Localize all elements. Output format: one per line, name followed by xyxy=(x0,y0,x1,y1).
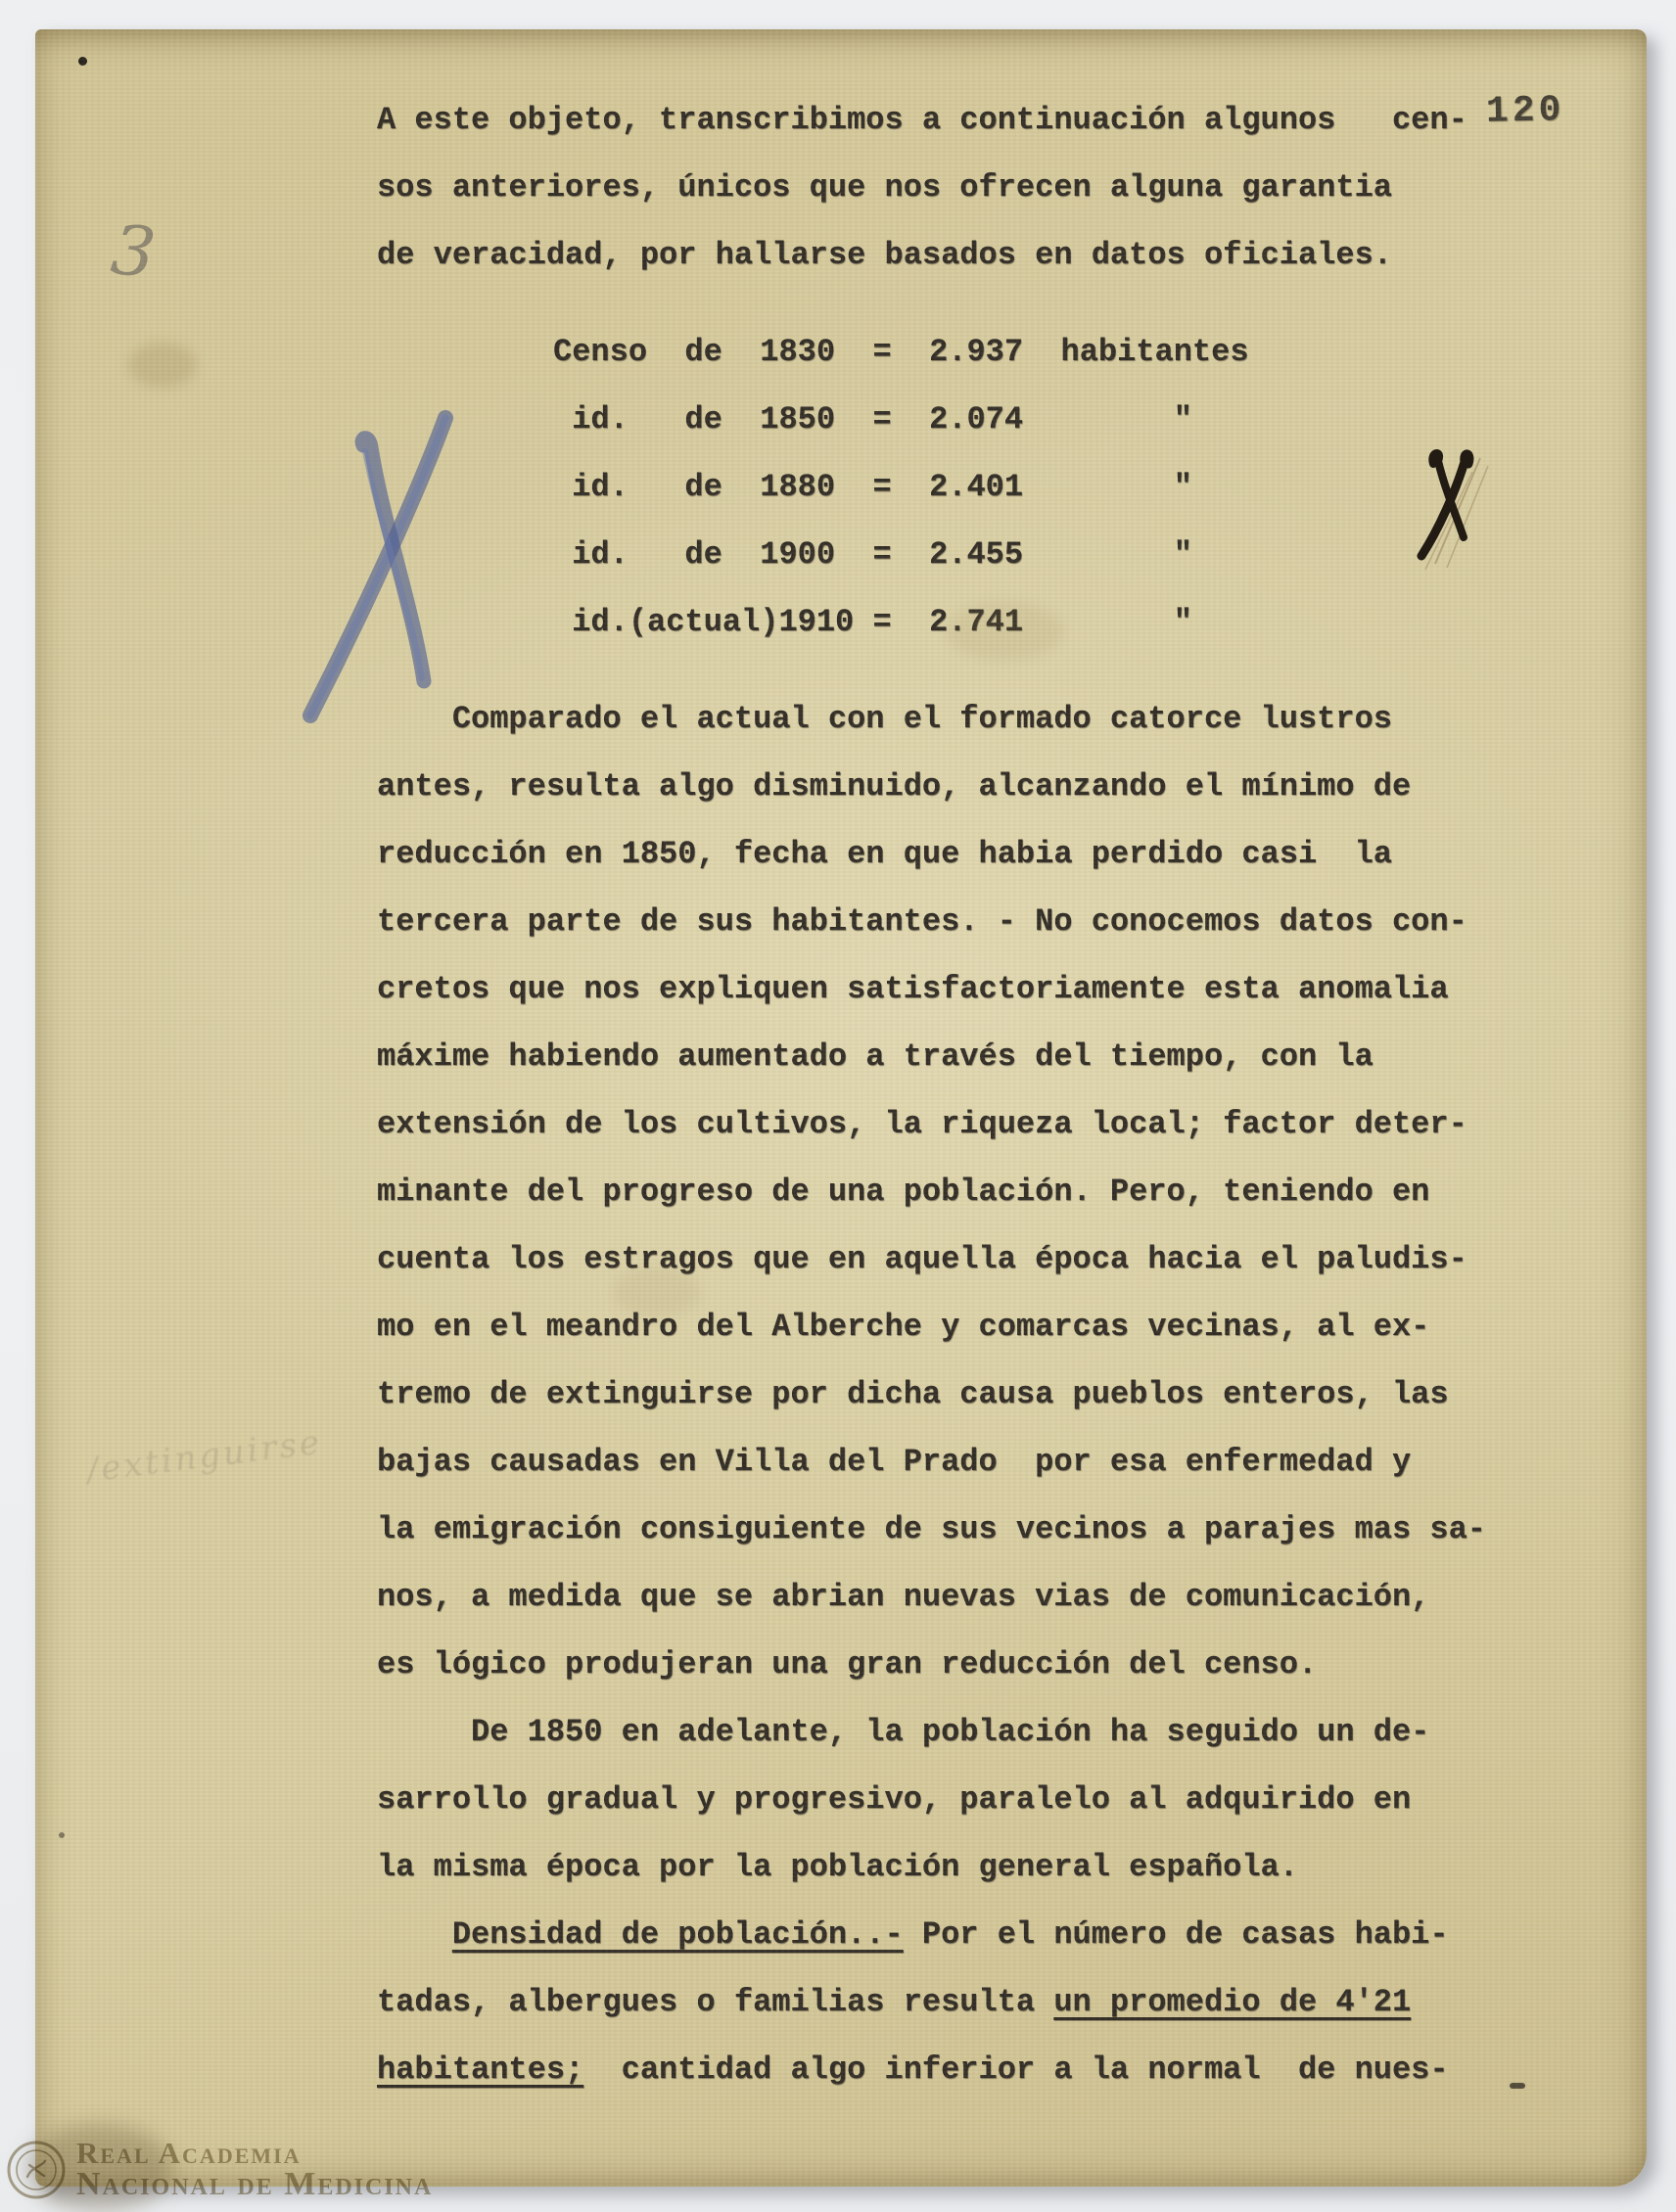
text-line: A este objeto, transcribimos a continuac… xyxy=(377,86,1532,154)
watermark-line-2: Nacional de Medicina xyxy=(76,2169,433,2200)
margin-pencil-numeral: 3 xyxy=(108,209,160,294)
text-line: tadas, albergues o familias resulta un p… xyxy=(377,1968,1532,2036)
text-line: antes, resulta algo disminuido, alcanzan… xyxy=(377,753,1532,820)
census-table: Censo de 1830 = 2.937 habitantes id. de … xyxy=(553,318,1532,656)
paper-stain xyxy=(128,343,197,388)
underlined-text: habitantes; xyxy=(377,2051,583,2088)
paragraph-growth: De 1850 en adelante, la población ha seg… xyxy=(377,1698,1532,1901)
document-page: 120 3 A este objeto, transcribimos a con… xyxy=(35,29,1647,2187)
ink-speck xyxy=(78,57,87,66)
text-line: de veracidad, por hallarse basados en da… xyxy=(377,221,1532,289)
text-line: bajas causadas en Villa del Prado por es… xyxy=(377,1428,1532,1496)
paragraph-intro: A este objeto, transcribimos a continuac… xyxy=(377,86,1532,289)
underlined-text: un promedio de 4'21 xyxy=(1053,1984,1411,2020)
paragraph-density: Densidad de población..- Por el número d… xyxy=(377,1901,1532,2103)
scan-background: 120 3 A este objeto, transcribimos a con… xyxy=(0,0,1676,2212)
text-line: nos, a medida que se abrian nuevas vias … xyxy=(377,1563,1532,1631)
text-line: tremo de extinguirse por dicha causa pue… xyxy=(377,1360,1532,1428)
paragraph-comparison: Comparado el actual con el formado cator… xyxy=(377,685,1532,1698)
text-line: habitantes; cantidad algo inferior a la … xyxy=(377,2036,1532,2103)
ink-speck xyxy=(1510,2083,1525,2089)
text-line: extensión de los cultivos, la riqueza lo… xyxy=(377,1090,1532,1158)
plain-text: tadas, albergues o familias resulta xyxy=(377,1984,1053,2020)
text-line: Censo de 1830 = 2.937 habitantes xyxy=(553,318,1532,386)
plain-text: cantidad algo inferior a la normal de nu… xyxy=(583,2051,1448,2088)
text-line: sarrollo gradual y progresivo, paralelo … xyxy=(377,1766,1532,1833)
academy-seal-icon xyxy=(6,2140,67,2200)
text-line: id. de 1880 = 2.401 " xyxy=(553,453,1532,521)
ink-speck xyxy=(59,1832,65,1838)
text-line: id. de 1850 = 2.074 " xyxy=(553,386,1532,453)
text-line: De 1850 en adelante, la población ha seg… xyxy=(377,1698,1532,1766)
text-line: cuenta los estragos que en aquella época… xyxy=(377,1225,1532,1293)
text-line: la misma época por la población general … xyxy=(377,1833,1532,1901)
faint-pencil-note: ∕extinguirse xyxy=(84,1422,324,1490)
library-watermark: Real Academia Nacional de Medicina xyxy=(6,2138,433,2200)
text-line: Densidad de población..- Por el número d… xyxy=(377,1901,1532,1968)
text-line: mo en el meandro del Alberche y comarcas… xyxy=(377,1293,1532,1360)
watermark-line-1: Real Academia xyxy=(76,2138,433,2169)
text-line: es lógico produjeran una gran reducción … xyxy=(377,1631,1532,1698)
plain-text: Por el número de casas habi- xyxy=(904,1916,1449,1953)
plain-text xyxy=(377,1916,452,1953)
text-line: reducción en 1850, fecha en que habia pe… xyxy=(377,820,1532,888)
text-line: Comparado el actual con el formado cator… xyxy=(377,685,1532,753)
underlined-text: Densidad de población..- xyxy=(452,1916,904,1953)
text-line: la emigración consiguiente de sus vecino… xyxy=(377,1496,1532,1563)
typewritten-text: A este objeto, transcribimos a continuac… xyxy=(377,86,1532,2103)
text-line: id.(actual)1910 = 2.741 " xyxy=(553,588,1532,656)
text-line: tercera parte de sus habitantes. - No co… xyxy=(377,888,1532,955)
text-line: sos anteriores, únicos que nos ofrecen a… xyxy=(377,154,1532,221)
text-line: id. de 1900 = 2.455 " xyxy=(553,521,1532,588)
text-line: minante del progreso de una población. P… xyxy=(377,1158,1532,1225)
text-line: cretos que nos expliquen satisfactoriame… xyxy=(377,955,1532,1023)
text-line: máxime habiendo aumentado a través del t… xyxy=(377,1023,1532,1090)
